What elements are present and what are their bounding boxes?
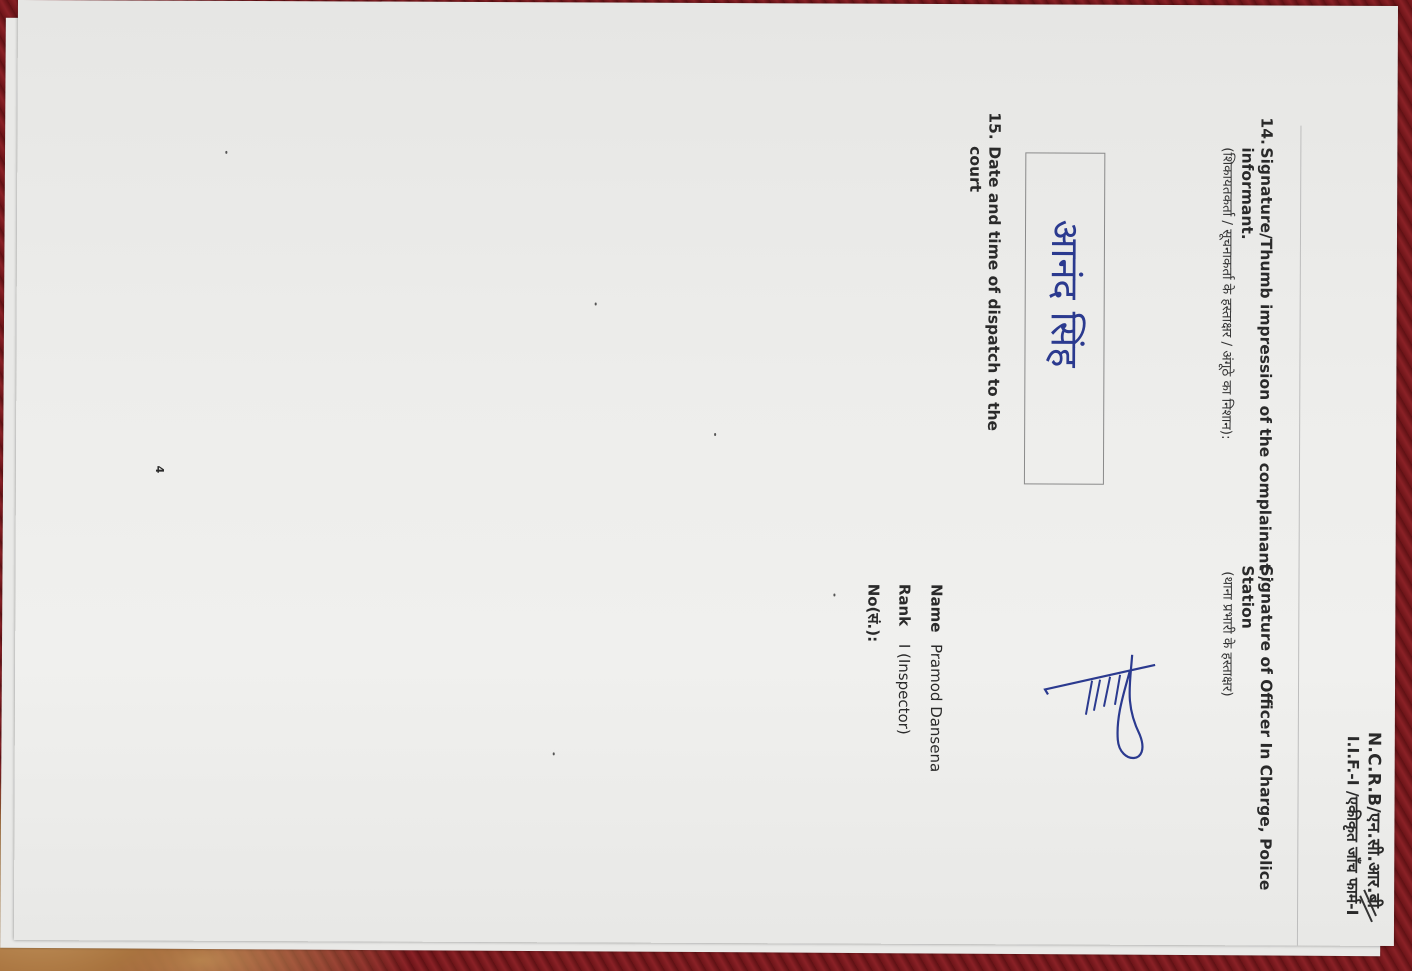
item-14-number: 14.	[1257, 117, 1275, 145]
officer-signature	[1040, 644, 1161, 775]
page-number: 4	[153, 466, 166, 474]
paper-speck	[833, 594, 835, 597]
officer-signature-title: Signature of Officer In Charge, Police S…	[1236, 565, 1276, 925]
complainant-signature: आनंद सिंह	[1031, 213, 1098, 423]
officer-number-label: No(सं.):	[863, 584, 883, 643]
item-15-number: 15.	[985, 112, 1003, 140]
item-15-title: Date and time of dispatch to the court	[964, 146, 1003, 446]
officer-name-value: Pramod Dansena	[927, 644, 946, 772]
header-rule	[1297, 126, 1302, 946]
pen-tick-mark	[1358, 886, 1384, 926]
paper-speck	[553, 752, 555, 755]
paper-speck	[225, 151, 227, 154]
officer-rank-value: I (Inspector)	[895, 644, 913, 735]
officer-signature-hindi: (थाना प्रभारी के हस्ताक्षर)	[1219, 571, 1238, 696]
form-header-ncrb: N.C.R.B/एन.सी.आर.बी	[1363, 732, 1387, 908]
item-14-hindi-label: (शिकायतकर्ता / सूचनाकर्ता के हस्ताक्षर /…	[1217, 147, 1235, 447]
paper-speck	[714, 433, 716, 436]
complainant-signature-text: आनंद सिंह	[1042, 219, 1087, 368]
form-page: N.C.R.B/एन.सी.आर.बी I.I.F.-I /एकीकृत जाँ…	[14, 0, 1398, 946]
item-14-title: Signature/Thumb impression of the compla…	[1235, 147, 1275, 617]
complainant-signature-box: आनंद सिंह	[1024, 152, 1105, 484]
officer-rank-label: Rank	[895, 584, 913, 626]
paper-speck	[595, 302, 597, 305]
officer-name-label: Name	[927, 584, 945, 633]
